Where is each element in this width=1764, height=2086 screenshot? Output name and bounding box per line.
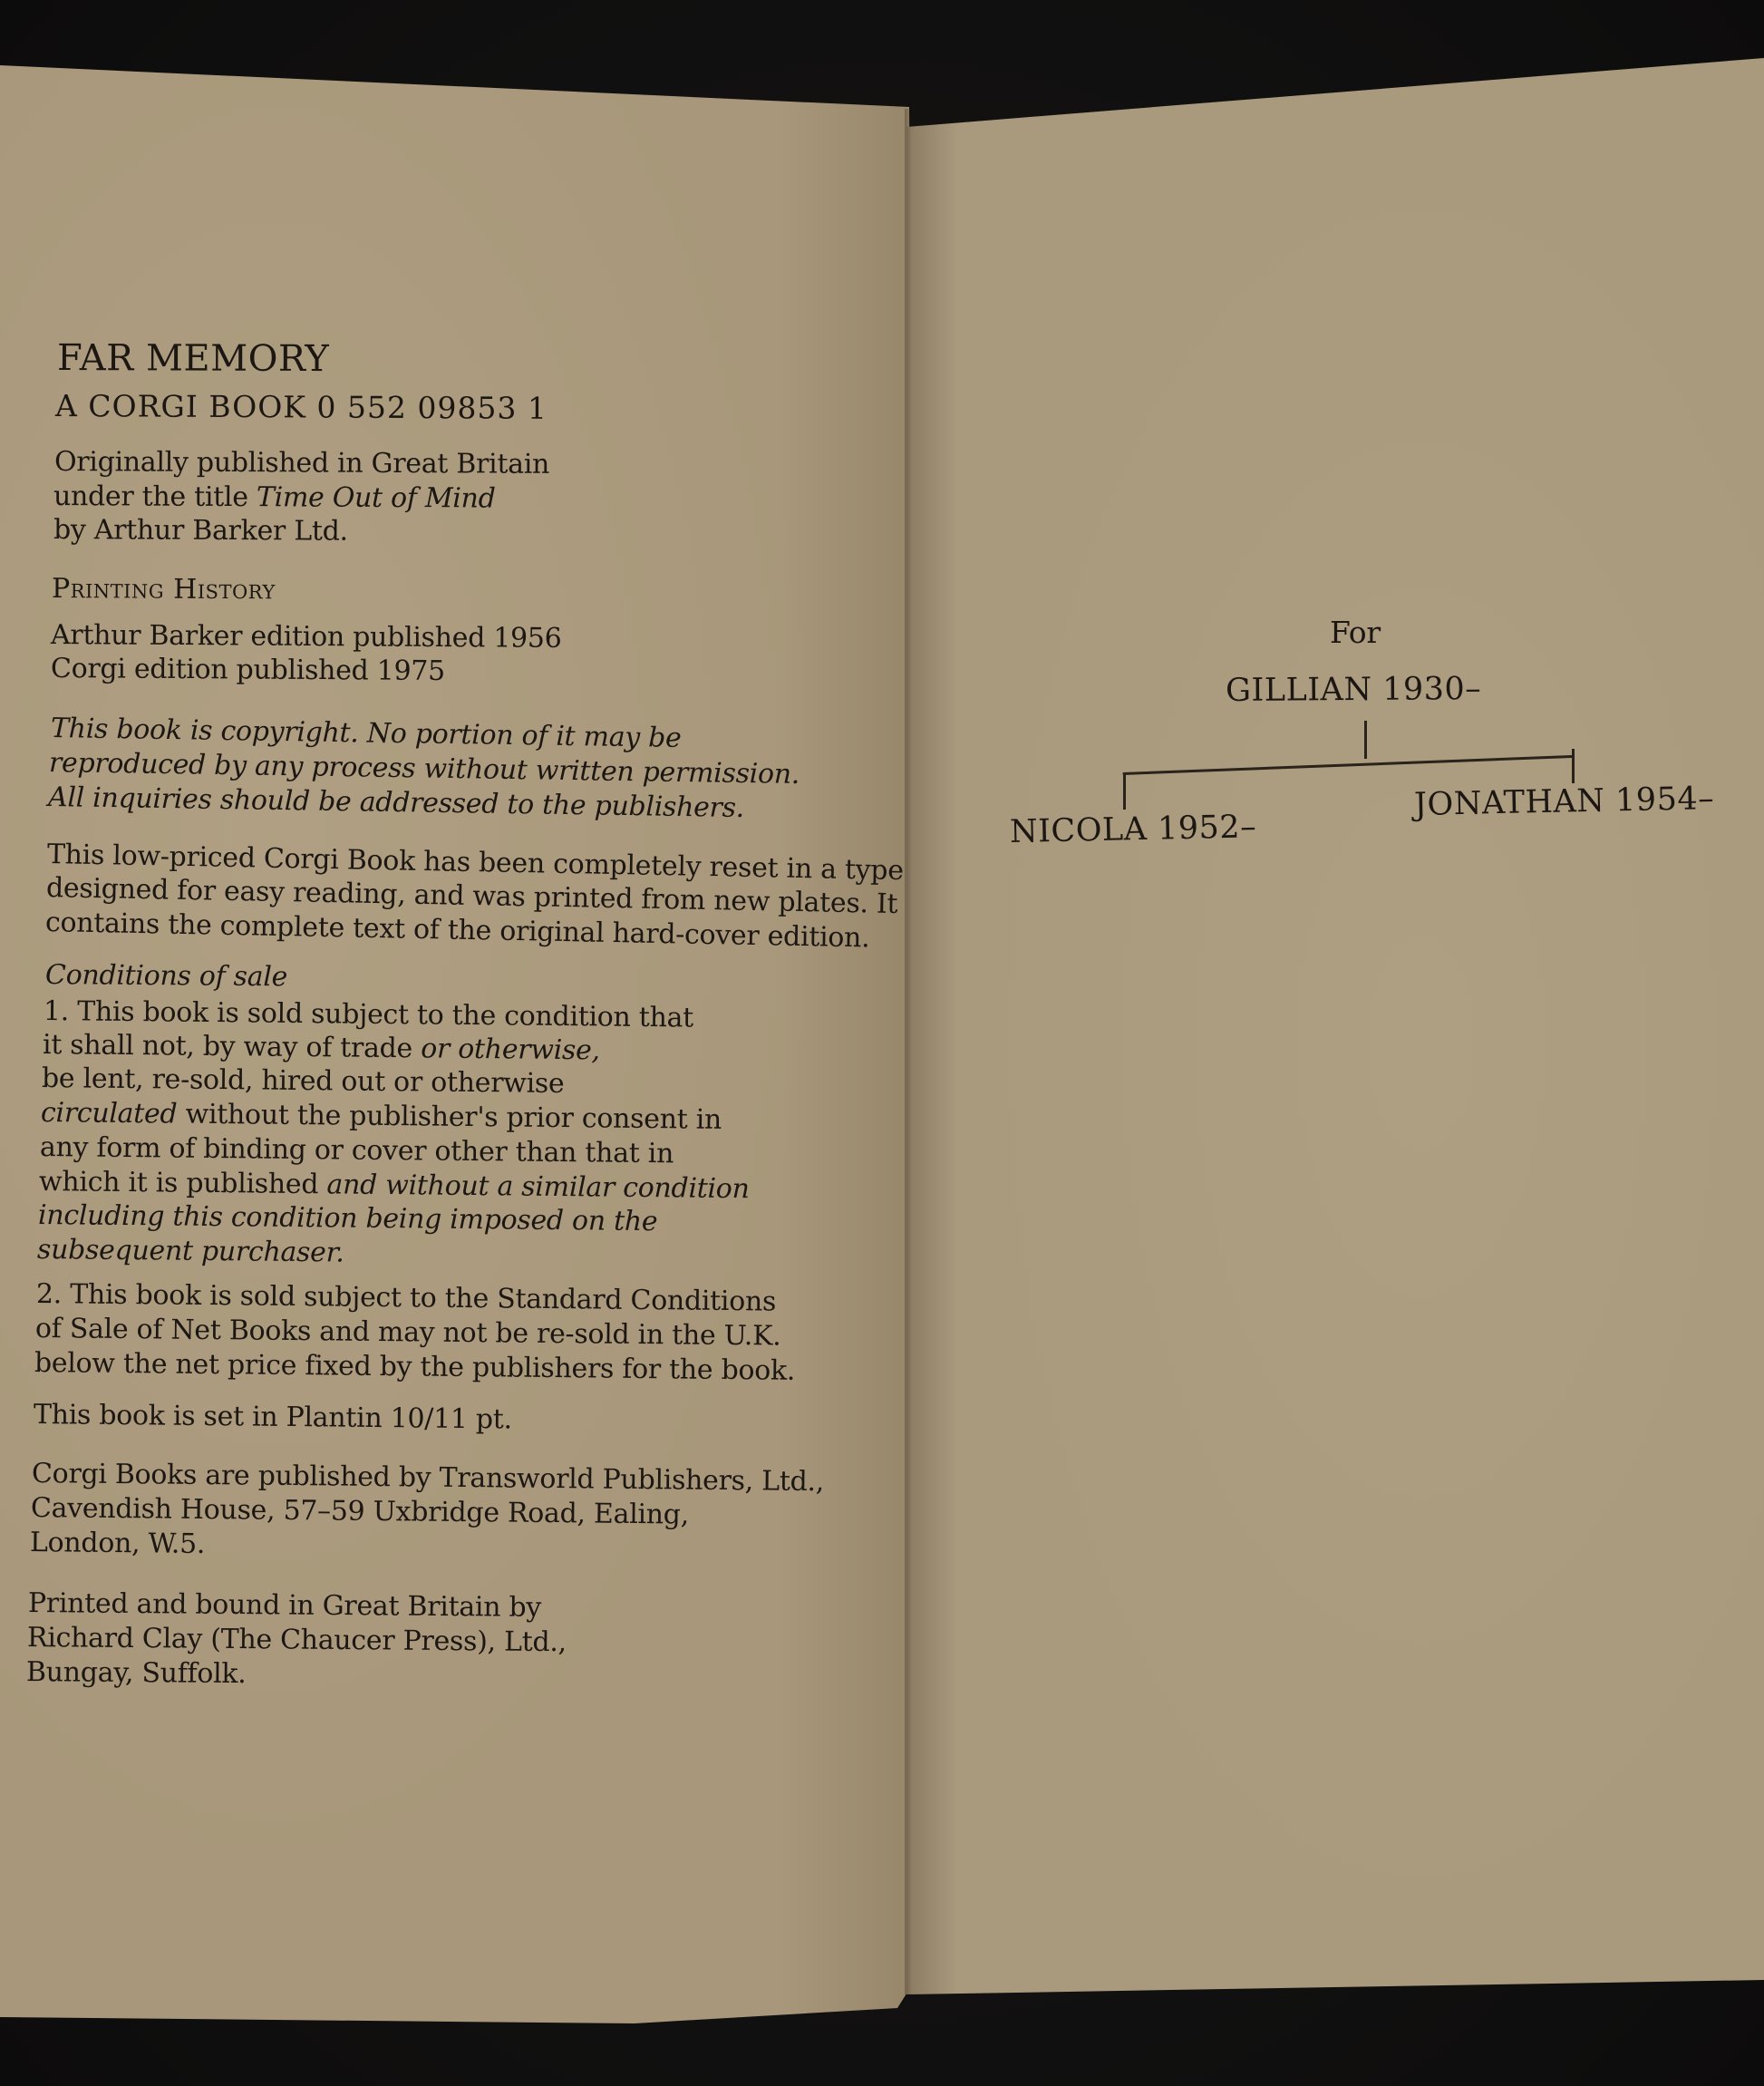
copyright-page-text: FAR MEMORY A CORGI BOOK 0 552 09853 1 Or… xyxy=(0,0,909,2086)
dedication-child-nicola: NICOLA 1952– xyxy=(1010,809,1257,850)
tree-drop-left xyxy=(1123,773,1126,810)
tree-drop-right xyxy=(1572,749,1575,783)
condition-2-line: of Sale of Net Books and may not be re-s… xyxy=(35,1313,781,1353)
condition-1-line: including this condition being imposed o… xyxy=(38,1199,658,1237)
printing-history-line: Corgi edition published 1975 xyxy=(51,653,445,687)
printing-history-heading: Printing History xyxy=(52,573,276,606)
condition-1-line: 1. This book is sold subject to the cond… xyxy=(44,995,693,1034)
conditions-heading: Conditions of sale xyxy=(45,959,287,993)
condition-1-line: subsequent purchaser. xyxy=(37,1234,344,1269)
condition-2-line: 2. This book is sold subject to the Stan… xyxy=(36,1278,776,1318)
dedication-for: For xyxy=(1330,615,1381,650)
condition-1-line: which it is published and without a simi… xyxy=(39,1166,750,1205)
origin-line-1: Originally published in Great Britain xyxy=(54,446,549,480)
publisher-line: London, W.5. xyxy=(30,1527,205,1560)
book-title: FAR MEMORY xyxy=(57,337,329,380)
isbn-line: A CORGI BOOK 0 552 09853 1 xyxy=(55,388,548,426)
printer-line: Richard Clay (The Chaucer Press), Ltd., xyxy=(27,1622,567,1658)
origin-line-2: under the title Time Out of Mind xyxy=(53,480,496,515)
publisher-line: Corgi Books are published by Transworld … xyxy=(32,1458,824,1498)
printer-line: Printed and bound in Great Britain by xyxy=(28,1587,541,1624)
printing-history-line: Arthur Barker edition published 1956 xyxy=(51,619,562,655)
tree-stem xyxy=(1364,721,1367,759)
printer-line: Bungay, Suffolk. xyxy=(26,1656,247,1690)
right-page xyxy=(906,0,1764,2086)
typeface-note: This book is set in Plantin 10/11 pt. xyxy=(34,1399,512,1436)
condition-1-line: be lent, re-sold, hired out or otherwise xyxy=(42,1062,565,1100)
origin-line-3: by Arthur Barker Ltd. xyxy=(53,514,348,548)
condition-1-line: any form of binding or cover other than … xyxy=(40,1131,674,1169)
condition-1-line: circulated without the publisher's prior… xyxy=(41,1097,722,1136)
original-title: Time Out of Mind xyxy=(257,481,496,514)
dedication-parent: GILLIAN 1930– xyxy=(1226,671,1481,709)
condition-2-line: below the net price fixed by the publish… xyxy=(34,1347,796,1387)
dedication-child-jonathan: JONATHAN 1954– xyxy=(1414,781,1715,823)
publisher-line: Cavendish House, 57–59 Uxbridge Road, Ea… xyxy=(31,1492,689,1531)
condition-1-line: it shall not, by way of trade or otherwi… xyxy=(43,1029,600,1066)
